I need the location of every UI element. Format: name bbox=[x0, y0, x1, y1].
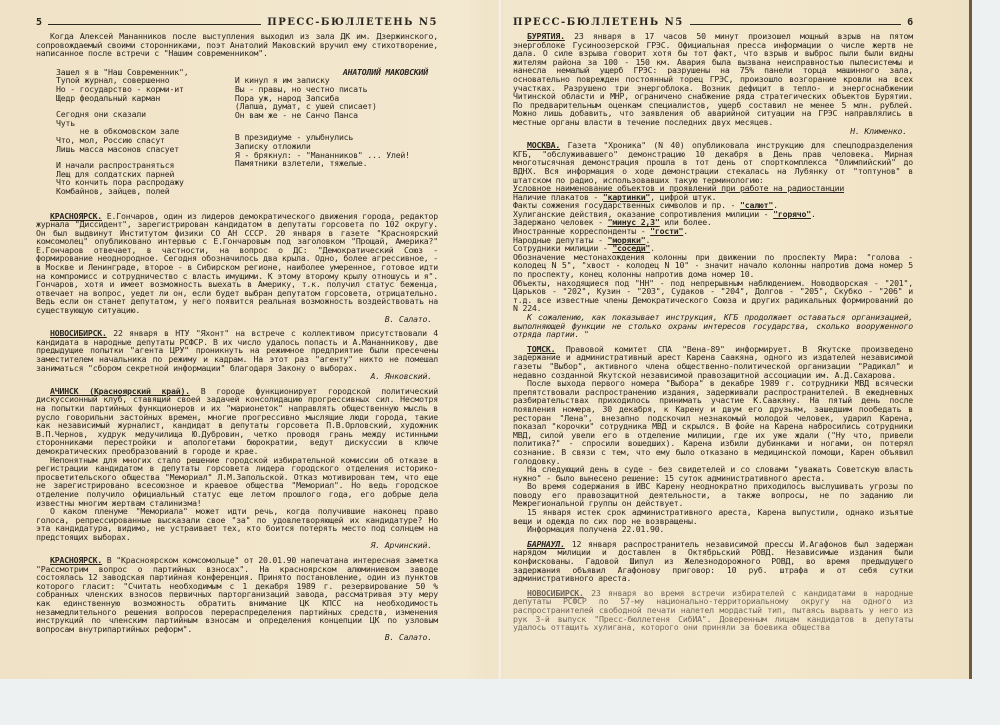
article-signature: В. Салато. bbox=[36, 633, 438, 642]
article-text: В городе функционирует городской политич… bbox=[36, 386, 438, 456]
poem-stanza: Сегодня они сказали Чуть не в обкомовско… bbox=[56, 110, 235, 153]
article-text: 23 января в 17 часов 50 минут произошел … bbox=[513, 31, 913, 127]
article-signature: Я. Арчинский. bbox=[36, 541, 438, 550]
left-page: 5 ПРЕСС-БЮЛЛЕТЕНЬ N5 Когда Алексей Манан… bbox=[36, 14, 438, 648]
right-page: ПРЕСС-БЮЛЛЕТЕНЬ N5 6 БУРЯТИЯ. 23 января … bbox=[513, 14, 913, 638]
article-text: Газета "Хроника" (N 40) опубликовала инс… bbox=[513, 140, 913, 184]
article-novosibirsk-1: НОВОСИБИРСК. 22 января в НТУ "Яхонт" на … bbox=[36, 329, 438, 381]
article-text: О каком пленуме "Мемориала" может идти р… bbox=[36, 507, 438, 541]
poem-stanza: Зашел я в "Наш Современник", Тупой журна… bbox=[56, 68, 235, 102]
article-text: Непонятным для многих стало решение горо… bbox=[36, 456, 438, 508]
article-signature: В. Салато. bbox=[36, 315, 438, 324]
terminology-list: Наличие плакатов - "картинки", цифрой шт… bbox=[513, 193, 913, 253]
article-barnaul: БАРНАУЛ. 12 января распространитель неза… bbox=[513, 540, 913, 583]
running-header-left: 5 ПРЕСС-БЮЛЛЕТЕНЬ N5 bbox=[36, 14, 438, 28]
article-text: На следующий день в суде - без свидетеле… bbox=[513, 465, 913, 482]
poem-column-left: Зашел я в "Наш Современник", Тупой журна… bbox=[56, 68, 235, 204]
article-achinsk: АЧИНСК (Красноярский край). В городе фун… bbox=[36, 387, 438, 550]
intro-paragraph: Когда Алексей Мананников после выступлен… bbox=[36, 32, 438, 58]
poem: Зашел я в "Наш Современник", Тупой журна… bbox=[56, 68, 438, 204]
article-text: После выхода первого номера "Выбора" в д… bbox=[513, 379, 913, 465]
article-tomsk: ТОМСК. Правовой комитет СПА "Вена-89" ин… bbox=[513, 345, 913, 534]
article-commentary: К сожалению, как показывает инструкция, … bbox=[513, 313, 913, 339]
article-signature: А. Янковский. bbox=[36, 372, 438, 381]
article-text: Е.Гончаров, один из лидеров демократичес… bbox=[36, 211, 438, 316]
poem-stanza: И начали распространяться Лещ для солдат… bbox=[56, 161, 235, 195]
article-text: Обозначение местонахождения колонны при … bbox=[513, 253, 913, 279]
article-text: Объекты, находящиеся под "НН" - под непр… bbox=[513, 279, 913, 313]
article-signature: Н. Клименко. bbox=[513, 127, 913, 136]
poem-stanza: И кинул я им записку Вы - правы, но чест… bbox=[235, 76, 438, 119]
article-krasnoyarsk-1: КРАСНОЯРСК. Е.Гончаров, один из лидеров … bbox=[36, 212, 438, 324]
article-moscow: МОСКВА. Газета "Хроника" (N 40) опублико… bbox=[513, 141, 913, 339]
publication-title: ПРЕСС-БЮЛЛЕТЕНЬ N5 bbox=[267, 19, 438, 28]
header-rule bbox=[690, 24, 901, 25]
article-text: Правовой комитет СПА "Вена-89" информиру… bbox=[513, 344, 913, 380]
page-number: 6 bbox=[907, 19, 913, 28]
page-number: 5 bbox=[36, 19, 42, 28]
article-krasnoyarsk-2: КРАСНОЯРСК. В "Красноярском комсомольце"… bbox=[36, 556, 438, 642]
header-rule bbox=[48, 24, 261, 25]
article-text: В "Красноярском комсомольце" от 20.01.90… bbox=[36, 555, 438, 634]
running-header-right: ПРЕСС-БЮЛЛЕТЕНЬ N5 6 bbox=[513, 14, 913, 28]
article-buryatia: БУРЯТИЯ. 23 января в 17 часов 50 минут п… bbox=[513, 32, 913, 135]
newsletter-spread: 5 ПРЕСС-БЮЛЛЕТЕНЬ N5 Когда Алексей Манан… bbox=[0, 0, 972, 679]
publication-title: ПРЕСС-БЮЛЛЕТЕНЬ N5 bbox=[513, 19, 684, 28]
poem-column-right: АНАТОЛИЙ МАКОВСКИЙ И кинул я им записку … bbox=[235, 68, 438, 204]
poem-stanza: В президиуме - улыбнулись Записку отложи… bbox=[235, 133, 438, 167]
article-text: Во время содержания в ИВС Карену неоднок… bbox=[513, 482, 913, 508]
article-text: 12 января распространитель независимой п… bbox=[513, 539, 913, 583]
article-text: 15 января истек срок административного а… bbox=[513, 508, 913, 525]
page-fold bbox=[497, 0, 503, 679]
article-novosibirsk-2: НОВОСИБИРСК. 23 января во время встречи … bbox=[513, 589, 913, 632]
article-text: Информация получена 22.01.90. bbox=[513, 525, 913, 534]
